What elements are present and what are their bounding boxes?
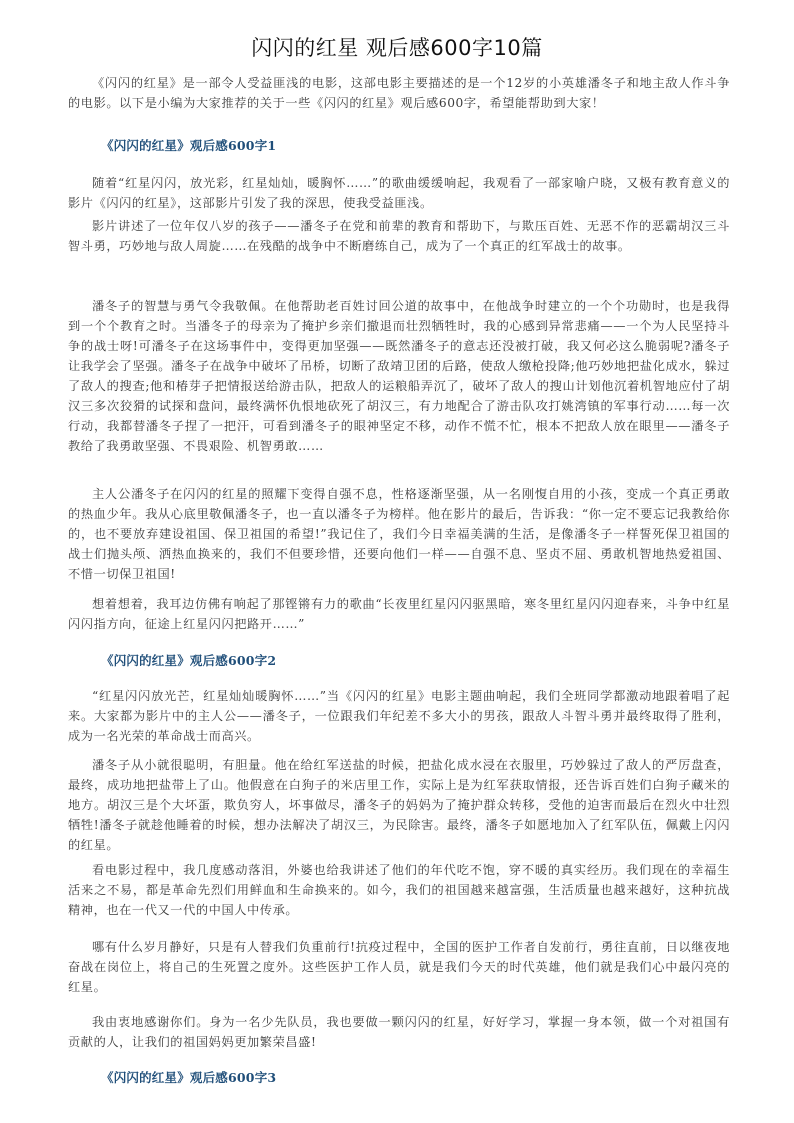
paragraph: 影片讲述了一位年仅八岁的孩子——潘冬子在党和前辈的教育和帮助下，与欺压百姓、无恶…: [68, 216, 730, 256]
paragraph: 主人公潘冬子在闪闪的红星的照耀下变得自强不息，性格逐渐坚强，从一名刚愎自用的小孩…: [68, 484, 730, 584]
section-heading-2: 《闪闪的红星》观后感600字2: [101, 651, 276, 671]
section-heading-1: 《闪闪的红星》观后感600字1: [101, 136, 276, 156]
paragraph: 我由衷地感谢你们。身为一名少先队员，我也要做一颗闪闪的红星，好好学习，掌握一身本…: [68, 1012, 730, 1052]
paragraph: “红星闪闪放光芒，红星灿灿暖胸怀……”当《闪闪的红星》电影主题曲响起，我们全班同…: [68, 686, 730, 746]
page-title: 闪闪的红星 观后感600字10篇: [0, 34, 794, 62]
paragraph: 潘冬子的智慧与勇气令我敬佩。在他帮助老百姓讨回公道的故事中，在他战争时建立的一个…: [68, 296, 730, 456]
paragraph: 随着“红星闪闪，放光彩，红星灿灿，暖胸怀……”的歌曲缓缓响起，我观看了一部家喻户…: [68, 173, 730, 213]
document-page: 闪闪的红星 观后感600字10篇 《闪闪的红星》是一部令人受益匪浅的电影，这部电…: [0, 0, 794, 1123]
intro-paragraph: 《闪闪的红星》是一部令人受益匪浅的电影，这部电影主要描述的是一个12岁的小英雄潘…: [68, 73, 730, 113]
paragraph: 潘冬子从小就很聪明，有胆量。他在给红军送盐的时候，把盐化成水浸在衣服里，巧妙躲过…: [68, 755, 730, 855]
paragraph: 哪有什么岁月静好，只是有人替我们负重前行!抗疫过程中，全国的医护工作者自发前行，…: [68, 937, 730, 997]
paragraph: 看电影过程中，我几度感动落泪，外婆也给我讲述了他们的年代吃不饱，穿不暖的真实经历…: [68, 860, 730, 920]
paragraph: 想着想着，我耳边仿佛有响起了那铿锵有力的歌曲“长夜里红星闪闪驱黑暗，寒冬里红星闪…: [68, 594, 730, 634]
section-heading-3: 《闪闪的红星》观后感600字3: [101, 1068, 276, 1088]
